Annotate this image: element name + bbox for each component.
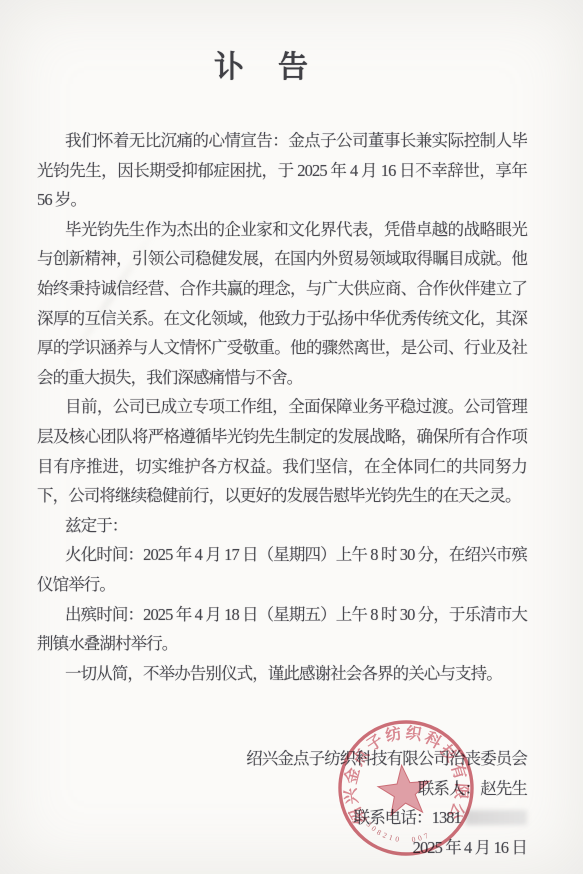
paragraph-cremation-time: 火化时间：2025 年 4 月 17 日（星期四）上午 8 时 30 分，在绍兴… <box>37 540 527 599</box>
paragraph-company-transition: 目前，公司已成立专项工作组，全面保障业务平稳过渡。公司管理层及核心团队将严格遵循… <box>37 392 527 510</box>
paragraph-funeral-time: 出殡时间：2025 年 4 月 18 日（星期五）上午 8 时 30 分，于乐清… <box>37 600 527 659</box>
document-title: 讣 告 <box>0 42 524 86</box>
obituary-document: 讣 告 我们怀着无比沉痛的心情宣告：金点子公司董事长兼实际控制人毕光钧先生，因长… <box>0 0 583 874</box>
paragraph-tribute: 毕光钧先生作为杰出的企业家和文化界代表，凭借卓越的战略眼光与创新精神，引领公司稳… <box>37 215 527 393</box>
paragraph-closing: 一切从简，不举办告别仪式，谨此感谢社会各界的关心与支持。 <box>37 659 527 689</box>
document-body: 我们怀着无比沉痛的心情宣告：金点子公司董事长兼实际控制人毕光钧先生，因长期受抑郁… <box>37 126 527 688</box>
company-seal-stamp: 绍兴金点子纺织科技有限公司 3308210 007 <box>327 709 485 867</box>
paragraph-schedule-intro: 兹定于： <box>37 511 527 541</box>
seal-star-icon <box>376 763 432 817</box>
paragraph-announcement: 我们怀着无比沉痛的心情宣告：金点子公司董事长兼实际控制人毕光钧先生，因长期受抑郁… <box>37 126 527 215</box>
